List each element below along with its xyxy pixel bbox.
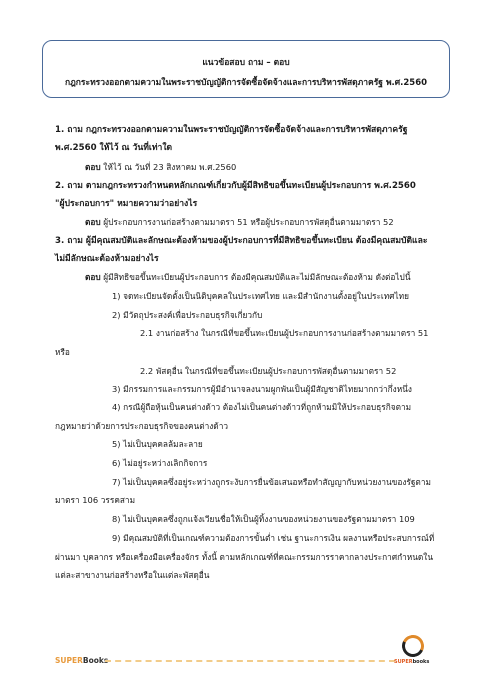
answer-line: ตอบ ให้ไว้ ณ วันที่ 23 สิงหาคม พ.ศ.2560 xyxy=(85,161,236,173)
line-text: พ.ศ.2560 ให้ไว้ ณ วันที่เท่าใด xyxy=(55,143,172,153)
list-item: แต่ละสาขางานก่อสร้างหรือในแต่ละพัสดุอื่น xyxy=(55,569,209,581)
question-line: "ผู้ประกอบการ" หมายความว่าอย่างไร xyxy=(55,198,197,210)
line-text: 6) ไม่อยู่ระหว่างเลิกกิจการ xyxy=(112,458,207,468)
question-line: พ.ศ.2560 ให้ไว้ ณ วันที่เท่าใด xyxy=(55,142,172,154)
line-text: ผ่านมา บุคลากร หรือเครื่องมือเครื่องจักร… xyxy=(55,552,433,562)
list-item: กฎหมายว่าด้วยการประกอบธุรกิจของคนต่างด้า… xyxy=(55,420,228,432)
document-title: แนวข้อสอบ ถาม – ตอบ xyxy=(43,55,449,69)
line-text: 2.1 งานก่อสร้าง ในกรณีที่ขอขึ้นทะเบียนผู… xyxy=(140,328,428,338)
question-line: 1. ถาม กฎกระทรวงออกตามความในพระราชบัญญัต… xyxy=(55,124,407,136)
line-text: ผู้ประกอบการงานก่อสร้างตามมาตรา 51 หรือผ… xyxy=(101,217,394,227)
list-item: 4) กรณีผู้ถือหุ้นเป็นคนต่างด้าว ต้องไม่เ… xyxy=(112,401,411,413)
logo-ring-icon xyxy=(399,632,427,660)
line-text: 8) ไม่เป็นบุคคลซึ่งถูกแจ้งเวียนชื่อให้เป… xyxy=(112,514,415,524)
list-item: 8) ไม่เป็นบุคคลซึ่งถูกแจ้งเวียนชื่อให้เป… xyxy=(112,513,415,525)
title-box: แนวข้อสอบ ถาม – ตอบ กฎกระทรวงออกตามความใ… xyxy=(42,40,450,98)
footer-rule xyxy=(105,660,395,662)
document-subtitle: กฎกระทรวงออกตามความในพระราชบัญญัติการจัด… xyxy=(43,75,449,89)
answer-line: ตอบ ผู้ประกอบการงานก่อสร้างตามมาตรา 51 ห… xyxy=(85,216,394,228)
list-item: มาตรา 106 วรรคสาม xyxy=(55,494,135,506)
list-item: 7) ไม่เป็นบุคคลซึ่งอยู่ระหว่างถูกระงับกา… xyxy=(112,476,431,488)
list-item: 9) มีคุณสมบัติที่เป็นเกณฑ์ความต้องการขั้… xyxy=(112,532,434,544)
line-text: 1. ถาม กฎกระทรวงออกตามความในพระราชบัญญัต… xyxy=(55,125,407,135)
line-text: กฎหมายว่าด้วยการประกอบธุรกิจของคนต่างด้า… xyxy=(55,421,228,431)
list-item: 2) มีวัตถุประสงค์เพื่อประกอบธุรกิจเกี่ยว… xyxy=(112,309,262,321)
line-text: 2. ถาม ตามกฎกระทรวงกำหนดหลักเกณฑ์เกี่ยวก… xyxy=(55,181,416,191)
list-item: 3) มีกรรมการและกรรมการผู้มีอำนาจลงนามผูก… xyxy=(112,383,412,395)
question-line: ไม่มีลักษณะต้องห้ามอย่างไร xyxy=(55,253,159,265)
line-text: 1) จดทะเบียนจัดตั้งเป็นนิติบุคคลในประเทศ… xyxy=(112,291,409,301)
list-item: 2.1 งานก่อสร้าง ในกรณีที่ขอขึ้นทะเบียนผู… xyxy=(140,327,428,339)
superbooks-logo-icon: SUPERbooks xyxy=(394,635,434,667)
list-item: 5) ไม่เป็นบุคคลล้มละลาย xyxy=(112,438,203,450)
list-item: หรือ xyxy=(55,346,70,358)
line-text: ให้ไว้ ณ วันที่ 23 สิงหาคม พ.ศ.2560 xyxy=(101,162,237,172)
answer-line: ตอบ ผู้มีสิทธิขอขึ้นทะเบียนผู้ประกอบการ … xyxy=(85,271,411,283)
line-text: แต่ละสาขางานก่อสร้างหรือในแต่ละพัสดุอื่น xyxy=(55,570,209,580)
footer-brand: SUPERBooks xyxy=(55,656,108,665)
question-line: 3. ถาม ผู้มีคุณสมบัติและลักษณะต้องห้ามขอ… xyxy=(55,235,427,247)
list-item: 6) ไม่อยู่ระหว่างเลิกกิจการ xyxy=(112,457,207,469)
line-text: ผู้มีสิทธิขอขึ้นทะเบียนผู้ประกอบการ ต้อง… xyxy=(101,272,411,282)
line-text: มาตรา 106 วรรคสาม xyxy=(55,495,135,505)
question-line: 2. ถาม ตามกฎกระทรวงกำหนดหลักเกณฑ์เกี่ยวก… xyxy=(55,180,416,192)
line-text: 2.2 พัสดุอื่น ในกรณีที่ขอขึ้นทะเบียนผู้ป… xyxy=(140,366,396,376)
line-text: 2) มีวัตถุประสงค์เพื่อประกอบธุรกิจเกี่ยว… xyxy=(112,310,262,320)
answer-label: ตอบ xyxy=(85,272,101,282)
line-text: 5) ไม่เป็นบุคคลล้มละลาย xyxy=(112,439,203,449)
line-text: 7) ไม่เป็นบุคคลซึ่งอยู่ระหว่างถูกระงับกา… xyxy=(112,477,431,487)
answer-label: ตอบ xyxy=(85,217,101,227)
list-item: ผ่านมา บุคลากร หรือเครื่องมือเครื่องจักร… xyxy=(55,551,433,563)
line-text: 9) มีคุณสมบัติที่เป็นเกณฑ์ความต้องการขั้… xyxy=(112,533,434,543)
line-text: 3. ถาม ผู้มีคุณสมบัติและลักษณะต้องห้ามขอ… xyxy=(55,236,427,246)
line-text: 4) กรณีผู้ถือหุ้นเป็นคนต่างด้าว ต้องไม่เ… xyxy=(112,402,411,412)
answer-label: ตอบ xyxy=(85,162,101,172)
line-text: 3) มีกรรมการและกรรมการผู้มีอำนาจลงนามผูก… xyxy=(112,384,412,394)
list-item: 2.2 พัสดุอื่น ในกรณีที่ขอขึ้นทะเบียนผู้ป… xyxy=(140,365,396,377)
line-text: "ผู้ประกอบการ" หมายความว่าอย่างไร xyxy=(55,199,197,209)
line-text: หรือ xyxy=(55,347,70,357)
line-text: ไม่มีลักษณะต้องห้ามอย่างไร xyxy=(55,254,159,264)
logo-text: SUPERbooks xyxy=(394,659,429,665)
brand-super: SUPER xyxy=(55,656,83,665)
list-item: 1) จดทะเบียนจัดตั้งเป็นนิติบุคคลในประเทศ… xyxy=(112,290,409,302)
